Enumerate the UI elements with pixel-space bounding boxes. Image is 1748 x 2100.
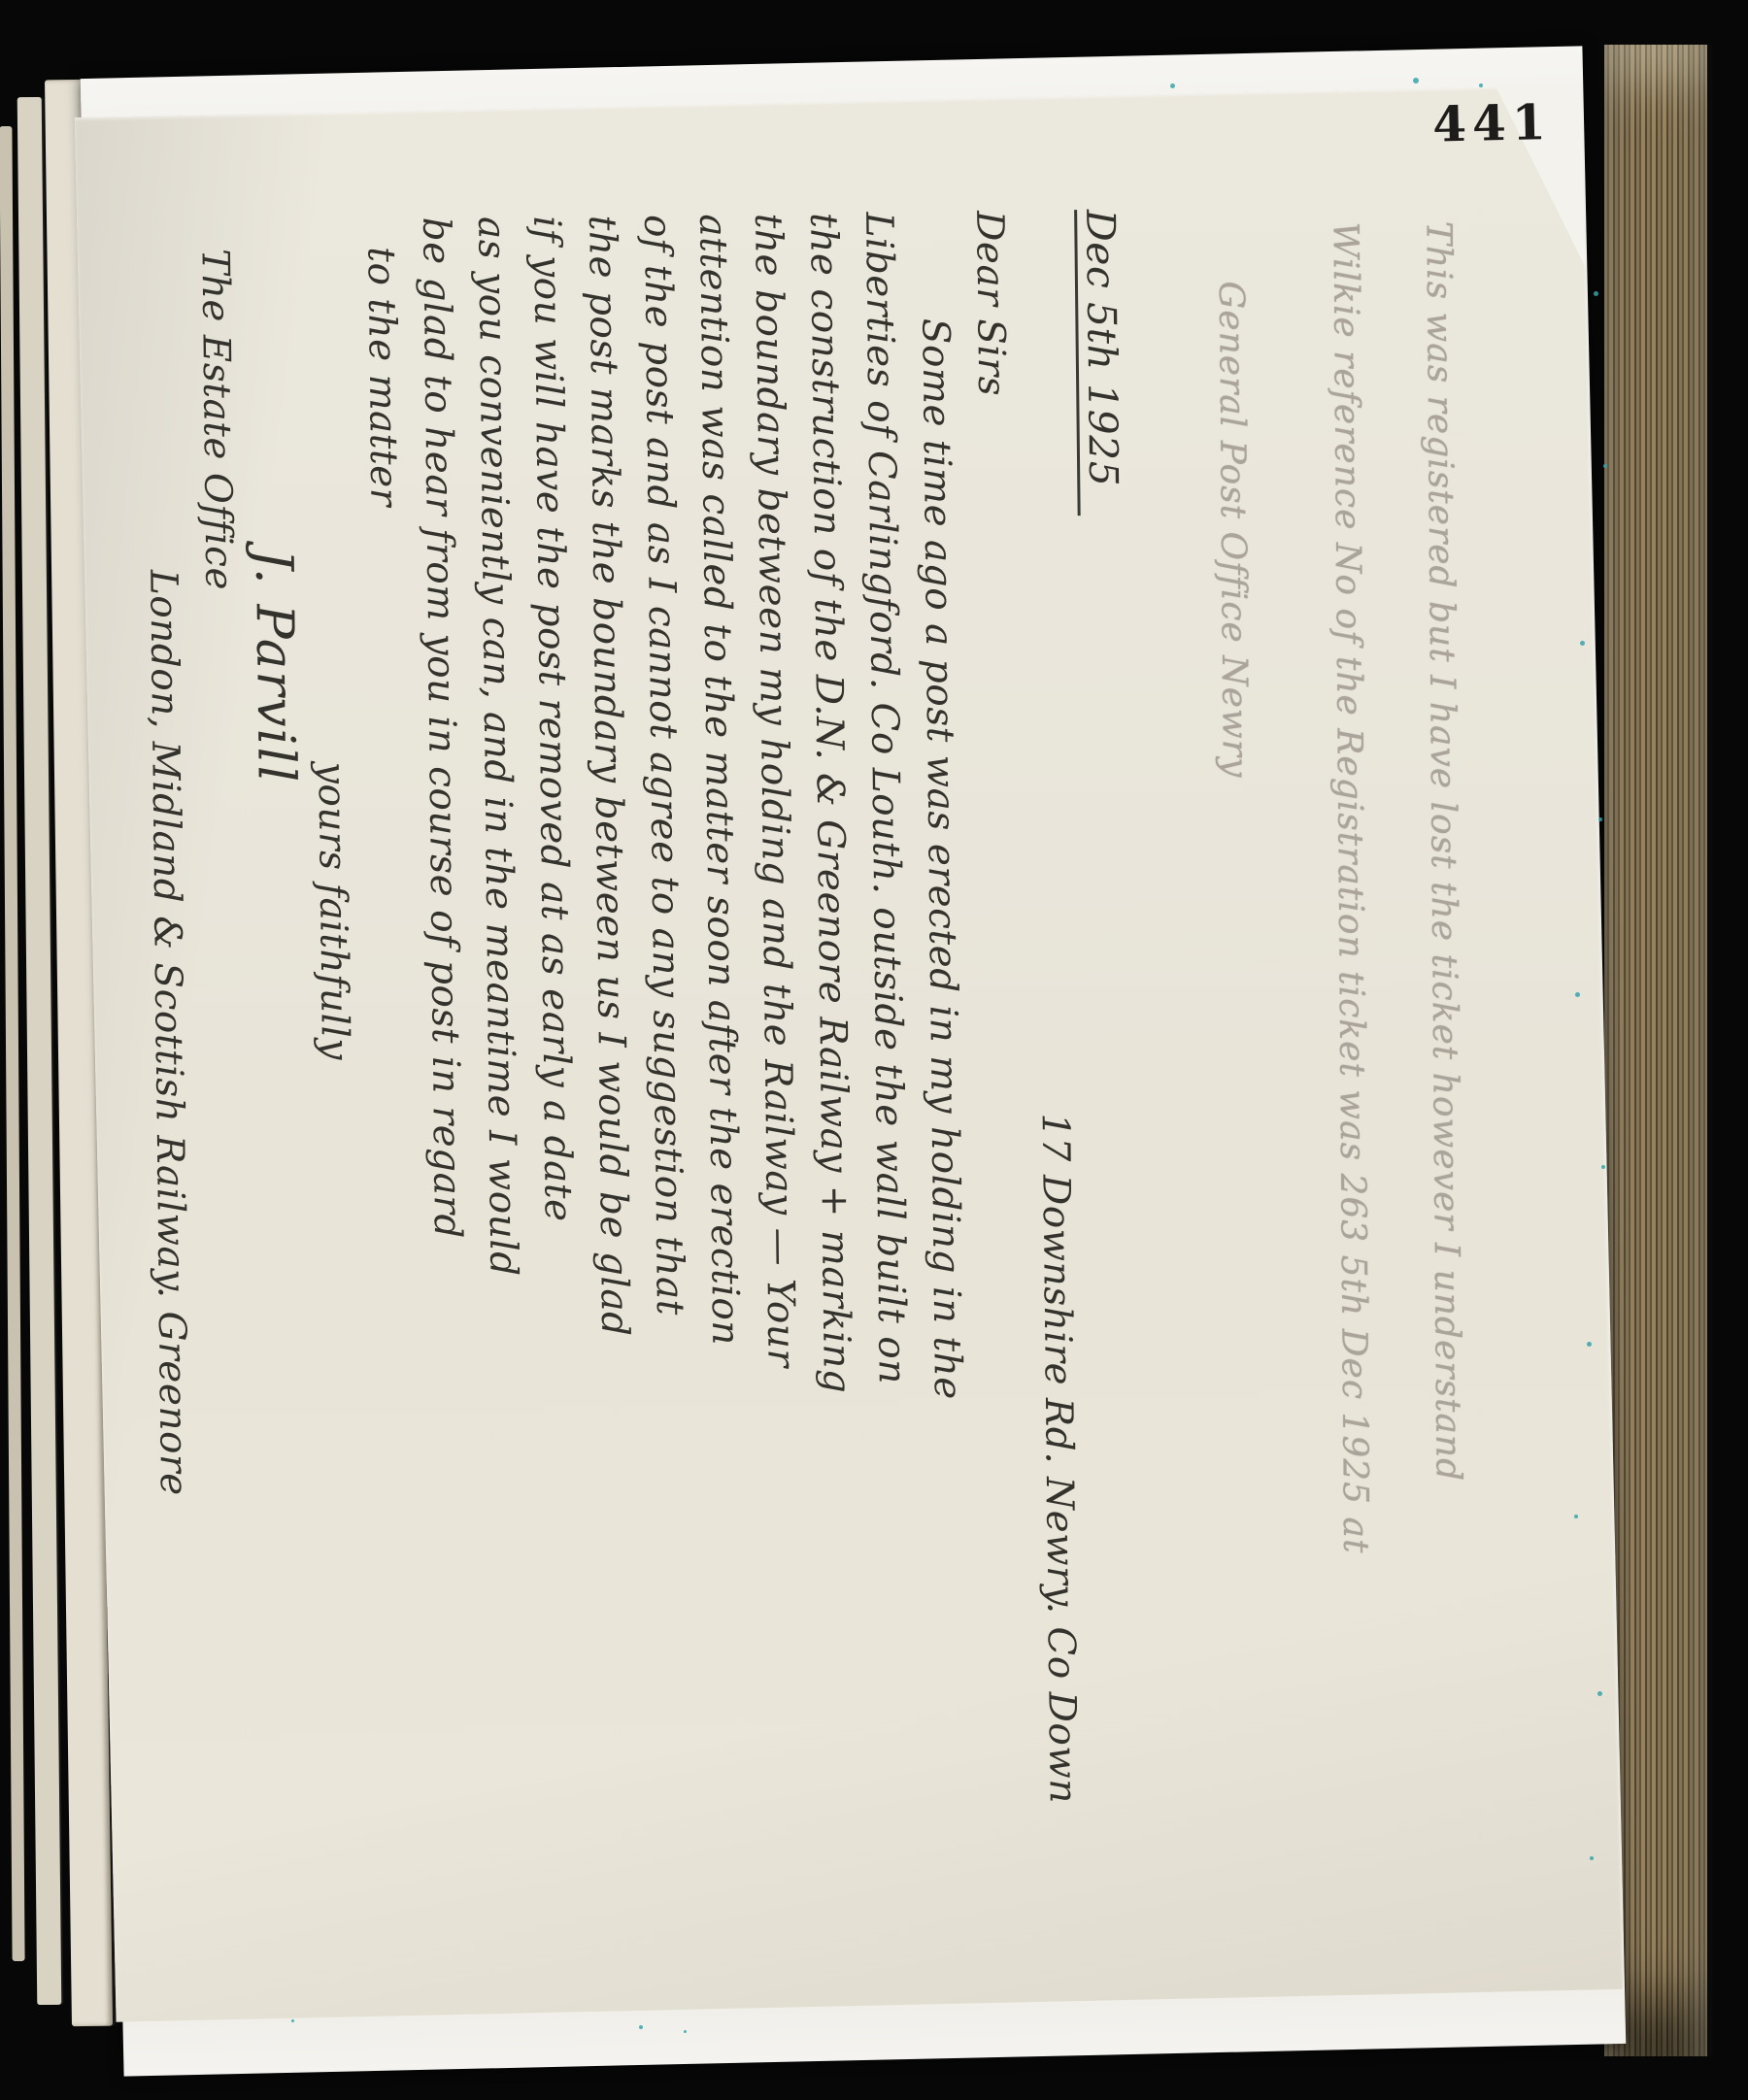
cyan-edge-speck [1601,1165,1605,1169]
cyan-edge-speck [1574,1515,1578,1518]
handwritten-letter: Dec 5th 1925 17 Downshire Rd. Newry. Co … [113,210,1145,1809]
page-number: 441 [1432,93,1553,153]
cyan-edge-speck [684,2030,687,2033]
cyan-edge-speck [1575,992,1580,997]
cyan-edge-speck [1603,464,1607,468]
cyan-edge-speck [1594,291,1598,296]
pencil-line: Wilkie reference No of the Registration … [1297,221,1402,1742]
cyan-edge-speck [1597,1691,1602,1696]
cyan-edge-speck [639,2025,643,2029]
right-page-stack-edge [1604,45,1707,2056]
cyan-edge-speck [1170,83,1175,88]
cyan-edge-speck [291,2019,294,2022]
pencil-annotation: This was registered but I have lost the … [1183,221,1496,1743]
cyan-edge-speck [1587,1342,1592,1347]
cyan-edge-speck [1479,83,1483,87]
cyan-edge-speck [1590,1856,1594,1860]
letter-page: 441 This was registered but I have lost … [75,84,1623,2021]
pencil-line: This was registered but I have lost the … [1391,221,1496,1742]
book-scan: { "page": { "page_number": "441", "penci… [0,0,1748,2100]
pencil-line: General Post Office Newry [1183,222,1288,1743]
cyan-edge-speck [1413,78,1419,83]
cyan-edge-speck [1580,641,1585,646]
cyan-edge-speck [1598,817,1602,821]
